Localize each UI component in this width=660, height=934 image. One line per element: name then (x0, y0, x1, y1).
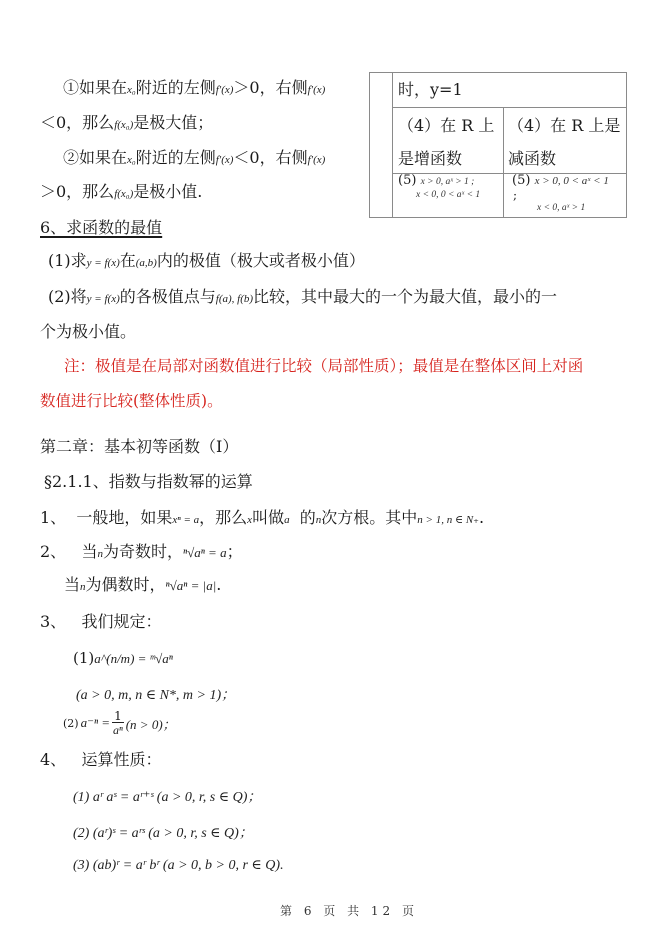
note-line1: 注：极值是在局部对函数值进行比较（局部性质）；最值是在整体区间上对函 (64, 356, 583, 376)
section6-step2-cont: 个为极小值。 (40, 322, 136, 342)
section6-step1: (1)求y = f(x)在(a,b)内的极值（极大或者极小值） (48, 251, 365, 273)
table-row3-left-line1: x > 0, aˣ > 1 ; (421, 177, 475, 187)
item2-even: 当n为偶数时，ⁿ√aⁿ = |a|. (64, 575, 221, 597)
table-row3-right-line2: ; (513, 188, 517, 202)
table-row3-right-label: (5) (512, 173, 530, 188)
property3: (3) (ab)ʳ = aʳ bʳ (a > 0, b > 0, r ∈ Q). (73, 857, 284, 874)
extremum-item1-line2: ＜0，那么f(x₀)是极大值； (40, 113, 213, 135)
table-row3-right: (5) x > 0, 0 < aˣ < 1 (512, 174, 609, 188)
table-inner-left-divider (392, 72, 393, 218)
table-middle-divider (503, 107, 504, 218)
extremum-item2-line1: ②如果在x₀附近的左侧f′(x)＜0，右侧f′(x) (63, 148, 325, 170)
table-row3-left-label: (5) (398, 173, 416, 188)
x0-symbol: x₀ (127, 84, 136, 96)
property1: (1) aʳ aˢ = aʳ⁺ˢ (a > 0, r, s ∈ Q)； (73, 786, 261, 806)
item2-odd: 2、 当n为奇数时，ⁿ√aⁿ = a； (40, 542, 243, 564)
table-row1-text: 时，y=1 (398, 80, 463, 100)
page-footer: 第 6 页 共 12 页 (280, 902, 418, 919)
table-decreasing-line2: 减函数 (508, 149, 556, 169)
table-increasing-line1: （4）在 R 上 (398, 116, 494, 136)
rule1-formula: (1)a^(n/m) = ᵐ√aⁿ (73, 649, 173, 667)
table-row1-divider (392, 107, 627, 108)
table-increasing-line2: 是增函数 (398, 149, 462, 169)
note-line2: 数值进行比较(整体性质)。 (40, 391, 223, 411)
property2: (2) (aʳ)ˢ = aʳˢ (a > 0, r, s ∈ Q)； (73, 822, 253, 842)
table-row3-right-line1: x > 0, 0 < aˣ < 1 (535, 175, 609, 187)
item4-heading: 4、 运算性质： (40, 750, 161, 770)
item1-definition: 1、 一般地，如果xⁿ = a，那么x叫做a 的n次方根。其中n > 1, n … (40, 508, 484, 530)
table-row3-left: (5) x > 0, aˣ > 1 ; (398, 174, 474, 189)
table-decreasing-line1: （4）在 R 上是 (508, 116, 620, 136)
rule1-condition: (a > 0, m, n ∈ N*, m > 1)； (76, 684, 235, 704)
chapter-title: 第二章：基本初等函数（Ⅰ） (40, 437, 238, 457)
section6-step2: (2)将y = f(x)的各极值点与f(a), f(b)比较，其中最大的一个为最… (48, 287, 557, 309)
fraction: 1 aⁿ (112, 710, 124, 736)
rule2-formula: (2) a⁻ⁿ = 1 aⁿ (n > 0)； (63, 710, 176, 736)
subsection-title: §2.1.1、指数与指数幂的运算 (44, 472, 253, 492)
derivative-symbol: f′(x) (216, 84, 234, 96)
table-row3-right-line3: x < 0, aˣ > 1 (537, 203, 585, 213)
table-row3-left-line2: x < 0, 0 < aˣ < 1 (416, 190, 480, 200)
extremum-item1-line1: ①如果在x₀附近的左侧f′(x)＞0，右侧f′(x) (63, 78, 325, 100)
extremum-item2-line2: ＞0，那么f(x₀)是极小值. (40, 182, 202, 204)
item3-heading: 3、 我们规定： (40, 612, 161, 632)
section6-heading: 6、求函数的最值 (40, 218, 162, 238)
